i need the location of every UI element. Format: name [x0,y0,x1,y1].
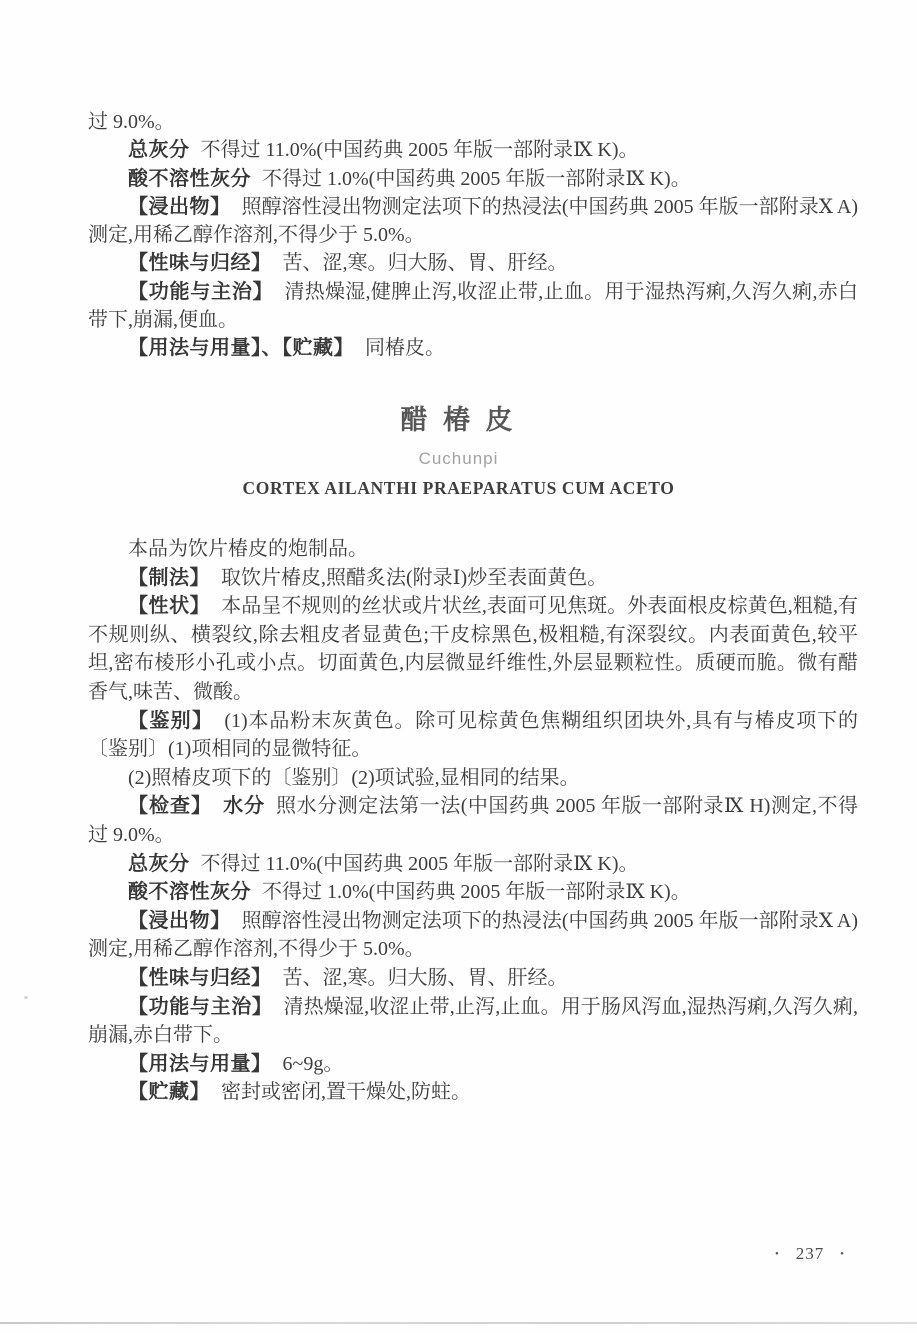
dosage-heading: 【用法与用量】 [128,1053,272,1075]
preparation-text: 取饮片椿皮,照醋炙法(附录Ⅰ)炒至表面黄色。 [221,567,607,589]
total-ash-heading: 总灰分 [128,853,190,875]
paragraph-source: 本品为饮片椿皮的炮制品。 [88,535,858,564]
previous-monograph-tail: 过 9.0%。 总灰分不得过 11.0%(中国药典 2005 年版一部附录Ⅸ K… [88,108,858,363]
paragraph-acid-insoluble-ash: 酸不溶性灰分不得过 1.0%(中国药典 2005 年版一部附录Ⅸ K)。 [88,878,858,907]
flavor-meridian-heading: 【性味与归经】 [128,967,272,989]
paragraph-acid-insoluble-ash: 酸不溶性灰分不得过 1.0%(中国药典 2005 年版一部附录Ⅸ K)。 [88,165,858,193]
paragraph-extractive: 【浸出物】照醇溶性浸出物测定法项下的热浸法(中国药典 2005 年版一部附录Ⅹ … [88,907,858,964]
acid-ash-text: 不得过 1.0%(中国药典 2005 年版一部附录Ⅸ K)。 [262,881,691,903]
flavor-meridian-text: 苦、涩,寒。归大肠、胃、肝经。 [283,252,568,274]
paragraph-storage: 【贮藏】密封或密闭,置干燥处,防蛀。 [88,1078,858,1107]
flavor-meridian-text: 苦、涩,寒。归大肠、胃、肝经。 [283,967,568,989]
paragraph-flavor-meridian: 【性味与归经】苦、涩,寒。归大肠、胃、肝经。 [88,964,858,993]
monograph-title-chinese: 醋 椿 皮 [0,404,917,436]
function-indication-heading: 【功能与主治】 [128,996,273,1018]
monograph-title-pinyin: Cuchunpi [0,449,917,469]
scan-speck [24,996,28,999]
extractive-heading: 【浸出物】 [128,910,231,932]
paragraph-extractive: 【浸出物】照醇溶性浸出物测定法项下的热浸法(中国药典 2005 年版一部附录Ⅹ … [88,193,858,250]
paragraph-description: 【性状】本品呈不规则的丝状或片状丝,表面可见焦斑。外表面根皮棕黄色,粗糙,有不规… [88,592,858,706]
page-bottom-edge [0,1322,917,1324]
paragraph-usage-storage: 【用法与用量】、【贮藏】同椿皮。 [88,334,858,362]
runover-line: 过 9.0%。 [88,108,858,136]
usage-storage-heading: 【用法与用量】、【贮藏】 [128,337,354,359]
scanned-book-page: 过 9.0%。 总灰分不得过 11.0%(中国药典 2005 年版一部附录Ⅸ K… [0,0,917,1333]
page-number-value: 237 [796,1244,825,1264]
monograph-header: 醋 椿 皮 Cuchunpi CORTEX AILANTHI PRAEPARAT… [0,404,917,499]
paragraph-total-ash: 总灰分不得过 11.0%(中国药典 2005 年版一部附录Ⅸ K)。 [88,136,858,164]
acid-ash-heading: 酸不溶性灰分 [128,168,251,190]
runover-text: 过 9.0%。 [88,111,175,133]
paragraph-function-indication: 【功能与主治】清热燥湿,健脾止泻,收涩止带,止血。用于湿热泻痢,久泻久痢,赤白带… [88,278,858,335]
extractive-heading: 【浸出物】 [128,196,231,218]
storage-text: 密封或密闭,置干燥处,防蛀。 [221,1081,471,1103]
paragraph-preparation: 【制法】取饮片椿皮,照醋炙法(附录Ⅰ)炒至表面黄色。 [88,564,858,593]
acid-ash-heading: 酸不溶性灰分 [128,881,251,903]
total-ash-heading: 总灰分 [128,139,190,161]
page-number-dot-left: • [775,1248,780,1260]
identification-item2-text: (2)照椿皮项下的〔鉴别〕(2)项试验,显相同的结果。 [128,767,580,789]
monograph-title-latin: CORTEX AILANTHI PRAEPARATUS CUM ACETO [0,478,917,499]
description-heading: 【性状】 [128,595,210,617]
paragraph-identification-1: 【鉴别】(1)本品粉末灰黄色。除可见棕黄色焦糊组织团块外,具有与椿皮项下的〔鉴别… [88,707,858,764]
paragraph-total-ash: 总灰分不得过 11.0%(中国药典 2005 年版一部附录Ⅸ K)。 [88,850,858,879]
usage-storage-text: 同椿皮。 [365,337,445,359]
paragraph-dosage: 【用法与用量】6~9g。 [88,1050,858,1079]
total-ash-text: 不得过 11.0%(中国药典 2005 年版一部附录Ⅸ K)。 [201,139,639,161]
storage-heading: 【贮藏】 [128,1081,210,1103]
paragraph-examination: 【检查】水分照水分测定法第一法(中国药典 2005 年版一部附录Ⅸ H)测定,不… [88,792,858,849]
paragraph-identification-2: (2)照椿皮项下的〔鉴别〕(2)项试验,显相同的结果。 [88,764,858,793]
total-ash-text: 不得过 11.0%(中国药典 2005 年版一部附录Ⅸ K)。 [201,853,639,875]
identification-heading: 【鉴别】 [128,710,213,732]
acid-ash-text: 不得过 1.0%(中国药典 2005 年版一部附录Ⅸ K)。 [262,168,691,190]
flavor-meridian-heading: 【性味与归经】 [128,252,272,274]
preparation-heading: 【制法】 [128,567,210,589]
paragraph-flavor-meridian: 【性味与归经】苦、涩,寒。归大肠、胃、肝经。 [88,249,858,277]
paragraph-function-indication: 【功能与主治】清热燥湿,收涩止带,止泻,止血。用于肠风泻血,湿热泻痢,久泻久痢,… [88,993,858,1050]
page-number-dot-right: • [840,1248,845,1260]
dosage-text: 6~9g。 [283,1053,344,1075]
examination-water-heading: 水分 [223,795,265,817]
page-number: • 237 • [775,1244,845,1264]
monograph-body: 本品为饮片椿皮的炮制品。 【制法】取饮片椿皮,照醋炙法(附录Ⅰ)炒至表面黄色。 … [88,535,858,1107]
source-text: 本品为饮片椿皮的炮制品。 [128,538,368,560]
examination-heading: 【检查】 [128,795,212,817]
function-indication-heading: 【功能与主治】 [128,281,273,303]
